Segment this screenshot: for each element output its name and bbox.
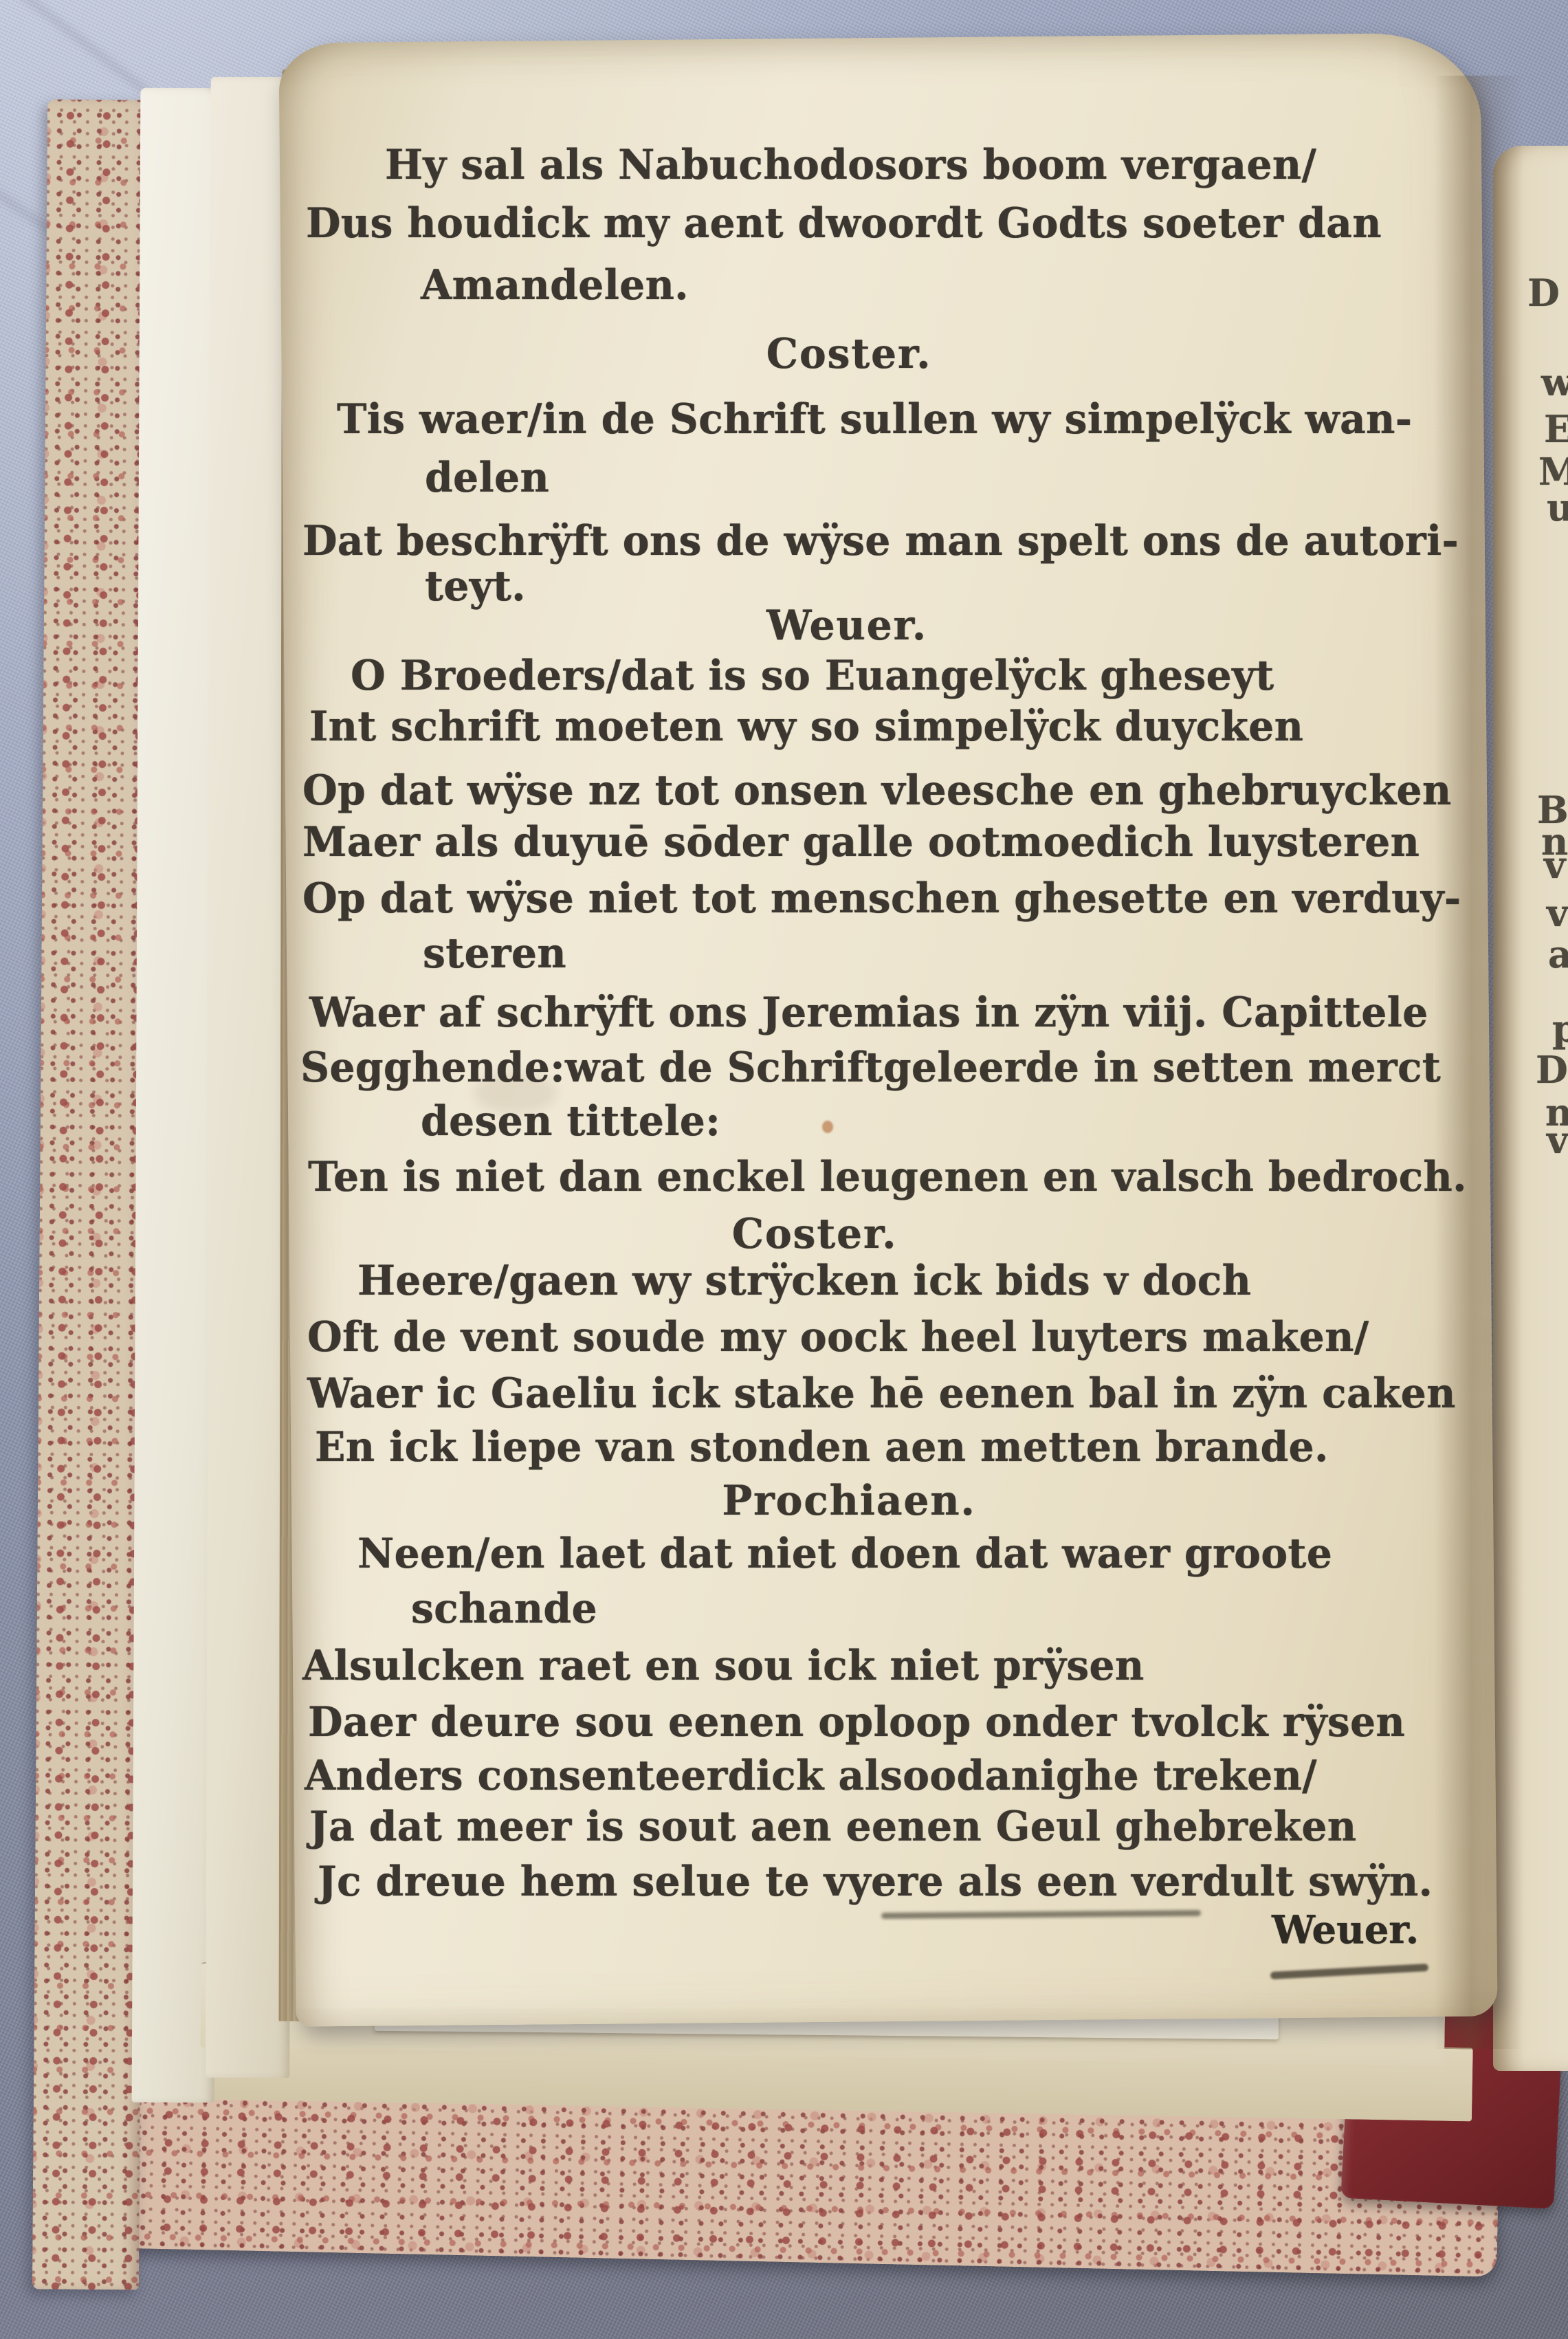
photo-of-open-book: Hy sal als Nabuchodosors boom vergaen/Du… <box>0 0 1568 2339</box>
partial-letter-fragment: v <box>1547 891 1568 935</box>
partial-letter-fragment: p <box>1552 1007 1568 1051</box>
partial-letter-fragment: v <box>1547 1118 1568 1162</box>
partial-letter-fragment: a <box>1548 932 1568 976</box>
facing-page-fragments: DwEMuBnvvapDnv <box>0 0 1568 2339</box>
partial-letter-fragment: u <box>1547 485 1568 529</box>
partial-letter-fragment: w <box>1541 360 1568 404</box>
partial-letter-fragment: E <box>1544 407 1568 451</box>
partial-letter-fragment: D <box>1527 271 1560 315</box>
partial-letter-fragment: v <box>1544 843 1565 887</box>
partial-letter-fragment: D <box>1536 1048 1568 1092</box>
catchword: Weuer. <box>1272 1907 1419 1953</box>
